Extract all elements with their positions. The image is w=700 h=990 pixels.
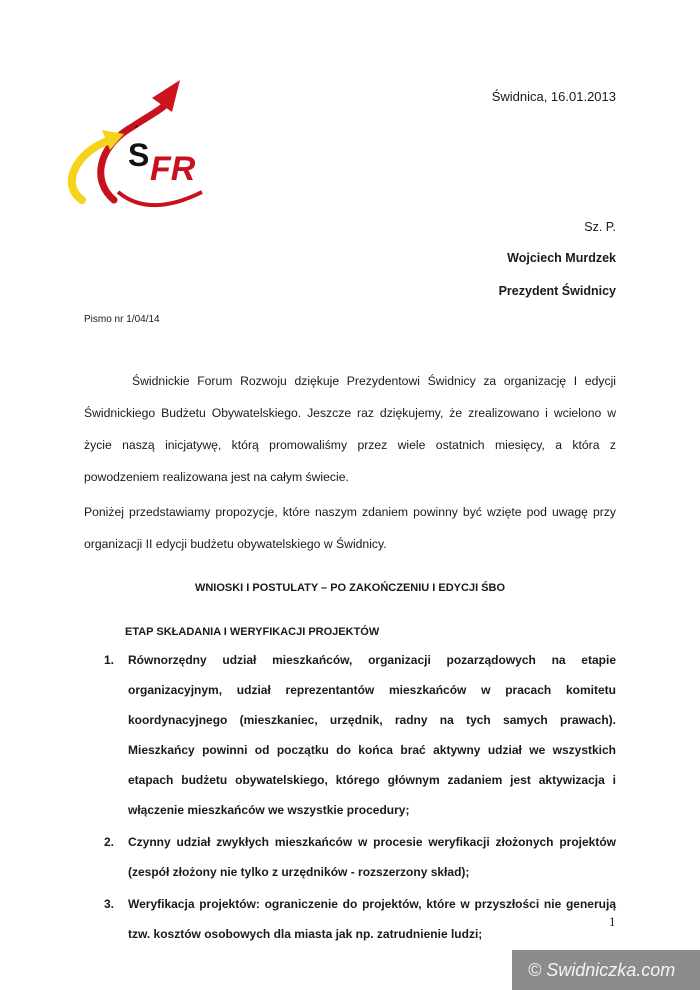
list-item-number: 3. bbox=[104, 889, 114, 919]
section-subheading: ETAP SKŁADANIA I WERYFIKACJI PROJEKTÓW bbox=[125, 626, 379, 638]
page-number: 1 bbox=[609, 914, 616, 930]
watermark: © Swidniczka.com bbox=[512, 950, 700, 990]
list-item: 2. Czynny udział zwykłych mieszkańców w … bbox=[104, 827, 616, 887]
section-heading: WNIOSKI I POSTULATY – PO ZAKOŃCZENIU I E… bbox=[0, 582, 700, 594]
recipient-title: Prezydent Świdnicy bbox=[499, 284, 616, 298]
list-item-text: Równorzędny udział mieszkańców, organiza… bbox=[128, 653, 616, 817]
list-item: 1. Równorzędny udział mieszkańców, organ… bbox=[104, 645, 616, 825]
letter-page: S ´ FR Świdnica, 16.01.2013 Sz. P. Wojci… bbox=[0, 0, 700, 990]
intro-paragraph-text: Świdnickie Forum Rozwoju dziękuje Prezyd… bbox=[84, 374, 616, 484]
recipient-name: Wojciech Murdzek bbox=[507, 251, 616, 265]
sfr-logo: S ´ FR bbox=[52, 72, 222, 212]
place-date: Świdnica, 16.01.2013 bbox=[492, 89, 616, 104]
svg-text:FR: FR bbox=[150, 150, 196, 188]
list-item-number: 1. bbox=[104, 645, 114, 675]
list-item-text: Czynny udział zwykłych mieszkańców w pro… bbox=[128, 835, 616, 879]
list-item-number: 2. bbox=[104, 827, 114, 857]
postulates-list: 1. Równorzędny udział mieszkańców, organ… bbox=[104, 645, 616, 951]
logo-graphic: S ´ FR bbox=[52, 72, 222, 212]
svg-text:S: S bbox=[128, 137, 149, 173]
letter-reference: Pismo nr 1/04/14 bbox=[84, 314, 160, 325]
intro-paragraph: Świdnickie Forum Rozwoju dziękuje Prezyd… bbox=[84, 365, 616, 493]
proposal-paragraph: Poniżej przedstawiamy propozycje, które … bbox=[84, 496, 616, 560]
list-item: 3. Weryfikacja projektów: ograniczenie d… bbox=[104, 889, 616, 949]
svg-text:´: ´ bbox=[134, 123, 139, 139]
recipient-salutation: Sz. P. bbox=[584, 220, 616, 234]
list-item-text: Weryfikacja projektów: ograniczenie do p… bbox=[128, 897, 616, 941]
